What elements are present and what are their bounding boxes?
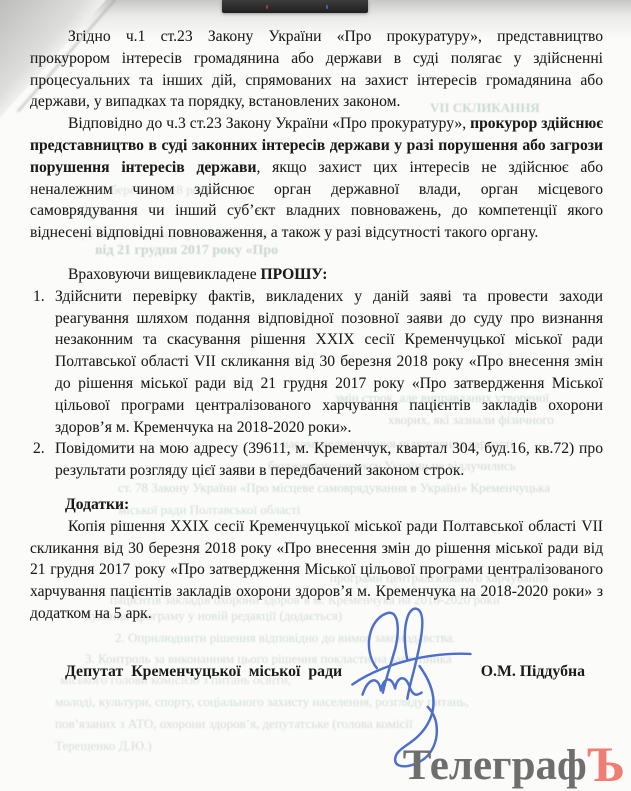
scan-bar-red-speck — [266, 5, 268, 9]
request-intro-bold: ПРОШУ: — [261, 266, 328, 283]
scanned-document-page: { "document": { "paragraphs": { "p1": "З… — [0, 0, 631, 791]
signature-block: Депутат Кременчуцької міської ради О.М. … — [30, 663, 603, 681]
scan-bar-blue-speck — [326, 5, 328, 9]
request-item-1-text: Здійснити перевірку фактів, викладених у… — [55, 288, 603, 436]
paragraph-law-ch1: Згідно ч.1 ст.23 Закону України «Про про… — [30, 26, 603, 113]
request-item-2: 2. Повідомити на мою адресу (39611, м. К… — [30, 438, 603, 482]
scan-top-bar — [222, 0, 368, 13]
request-intro: Враховуючи вищевикладене ПРОШУ: — [30, 264, 603, 286]
signer-name: О.М. Піддубна — [481, 663, 585, 681]
signer-title: Депутат Кременчуцької міської ради — [65, 663, 342, 681]
request-item-2-number: 2. — [33, 438, 45, 460]
telegraf-watermark: ТелеграфЪ — [403, 739, 625, 789]
attachments-body: Копія рішення XXIX сесії Кременчуцької м… — [30, 516, 603, 625]
attachments-heading: Додатки: — [65, 494, 603, 516]
watermark-red-part: Ъ — [587, 736, 625, 791]
request-intro-text: Враховуючи вищевикладене — [68, 266, 261, 283]
request-item-1-number: 1. — [33, 286, 45, 308]
watermark-gray-part: Телеграф — [403, 742, 587, 789]
document-body: Згідно ч.1 ст.23 Закону України «Про про… — [30, 26, 603, 625]
bleedthrough-text: Терещенко Д.Ю.) — [55, 738, 152, 754]
request-item-2-text: Повідомити на мою адресу (39611, м. Крем… — [55, 440, 603, 479]
request-item-1: 1. Здійснити перевірку фактів, викладени… — [30, 286, 603, 439]
paragraph-law-ch3-start: Відповідно до ч.3 ст.23 Закону України «… — [68, 115, 470, 132]
request-list: 1. Здійснити перевірку фактів, викладени… — [30, 286, 603, 482]
paragraph-law-ch3: Відповідно до ч.3 ст.23 Закону України «… — [30, 113, 603, 244]
